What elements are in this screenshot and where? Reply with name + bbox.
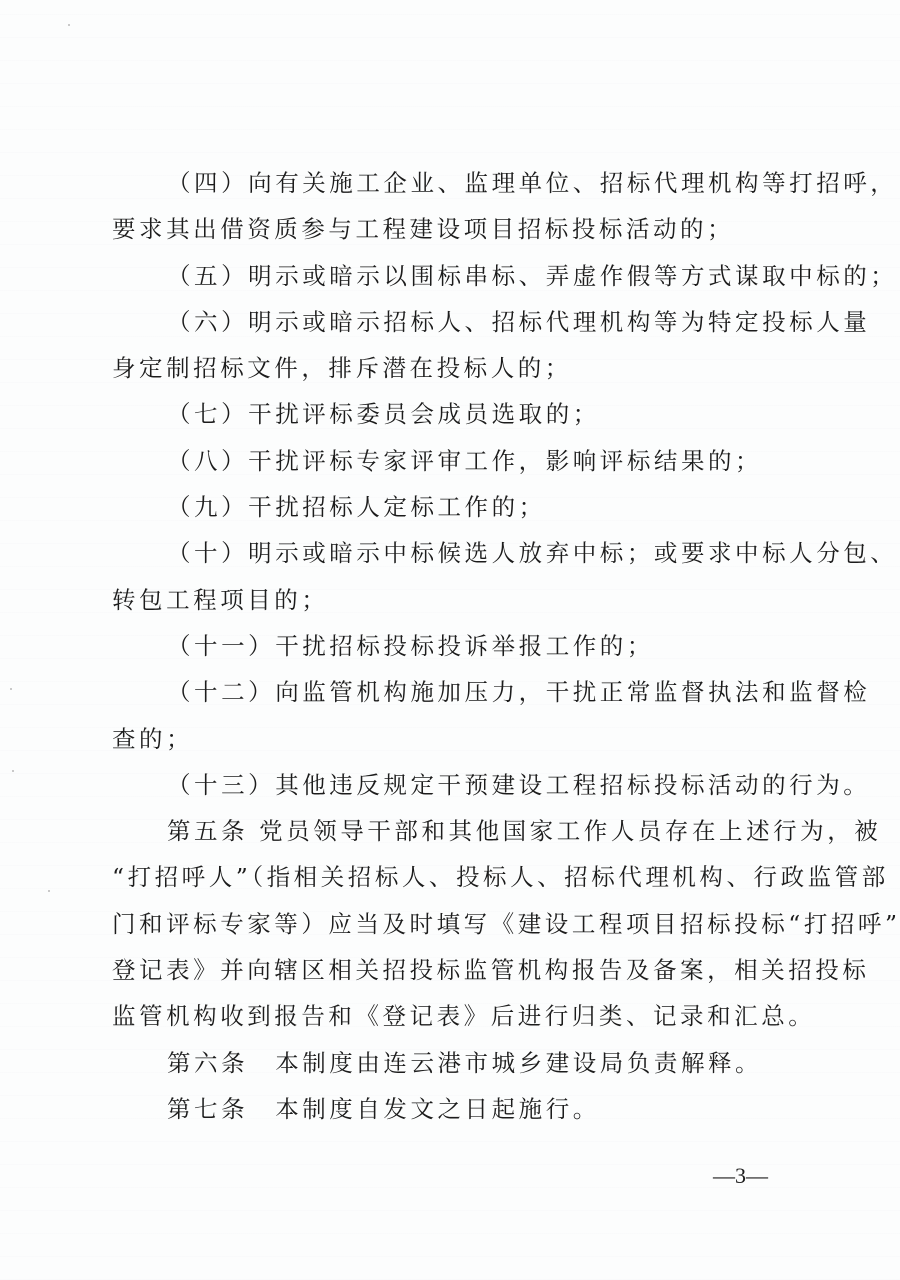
article-6: 第六条 本制度由连云港市城乡建设局负责解释。 bbox=[112, 1040, 802, 1086]
clause-11: （十一）干扰招标投标投诉举报工作的； bbox=[112, 623, 802, 669]
document-page: （四）向有关施工企业、监理单位、招标代理机构等打招呼， 要求其出借资质参与工程建… bbox=[0, 0, 900, 1280]
clause-12-line-1: （十二）向监管机构施加压力，干扰正常监督执法和监督检 bbox=[112, 669, 802, 715]
clause-4-line-1: （四）向有关施工企业、监理单位、招标代理机构等打招呼， bbox=[112, 160, 802, 206]
clause-6-line-1: （六）明示或暗示招标人、招标代理机构等为特定投标人量 bbox=[112, 299, 802, 345]
clause-10-line-2: 转包工程项目的； bbox=[112, 577, 802, 623]
clause-10-line-1: （十）明示或暗示中标候选人放弃中标；或要求中标人分包、 bbox=[112, 530, 802, 576]
scan-speck bbox=[68, 24, 70, 26]
article-5-line-2: “打招呼人”（指相关招标人、投标人、招标代理机构、行政监管部 bbox=[112, 854, 802, 900]
document-body: （四）向有关施工企业、监理单位、招标代理机构等打招呼， 要求其出借资质参与工程建… bbox=[112, 160, 802, 1132]
clause-5: （五）明示或暗示以围标串标、弄虚作假等方式谋取中标的； bbox=[112, 253, 802, 299]
clause-9: （九）干扰招标人定标工作的； bbox=[112, 484, 802, 530]
clause-12-line-2: 查的； bbox=[112, 716, 802, 762]
clause-7: （七）干扰评标委员会成员选取的； bbox=[112, 391, 802, 437]
page-number: —3— bbox=[713, 1163, 768, 1189]
article-5-line-5: 监管机构收到报告和《登记表》后进行归类、记录和汇总。 bbox=[112, 993, 802, 1039]
scan-speck bbox=[48, 890, 50, 892]
clause-8: （八）干扰评标专家评审工作，影响评标结果的； bbox=[112, 438, 802, 484]
clause-4-line-2: 要求其出借资质参与工程建设项目招标投标活动的； bbox=[112, 206, 802, 252]
article-5-line-4: 登记表》并向辖区相关招投标监管机构报告及备案，相关招投标 bbox=[112, 947, 802, 993]
clause-13: （十三）其他违反规定干预建设工程招标投标活动的行为。 bbox=[112, 762, 802, 808]
scan-speck bbox=[10, 688, 12, 690]
scan-speck bbox=[12, 770, 14, 772]
article-5-line-1: 第五条 党员领导干部和其他国家工作人员存在上述行为，被 bbox=[112, 808, 802, 854]
article-7: 第七条 本制度自发文之日起施行。 bbox=[112, 1086, 802, 1132]
article-5-line-3: 门和评标专家等）应当及时填写《建设工程项目招标投标“打招呼” bbox=[112, 901, 802, 947]
clause-6-line-2: 身定制招标文件，排斥潜在投标人的； bbox=[112, 345, 802, 391]
